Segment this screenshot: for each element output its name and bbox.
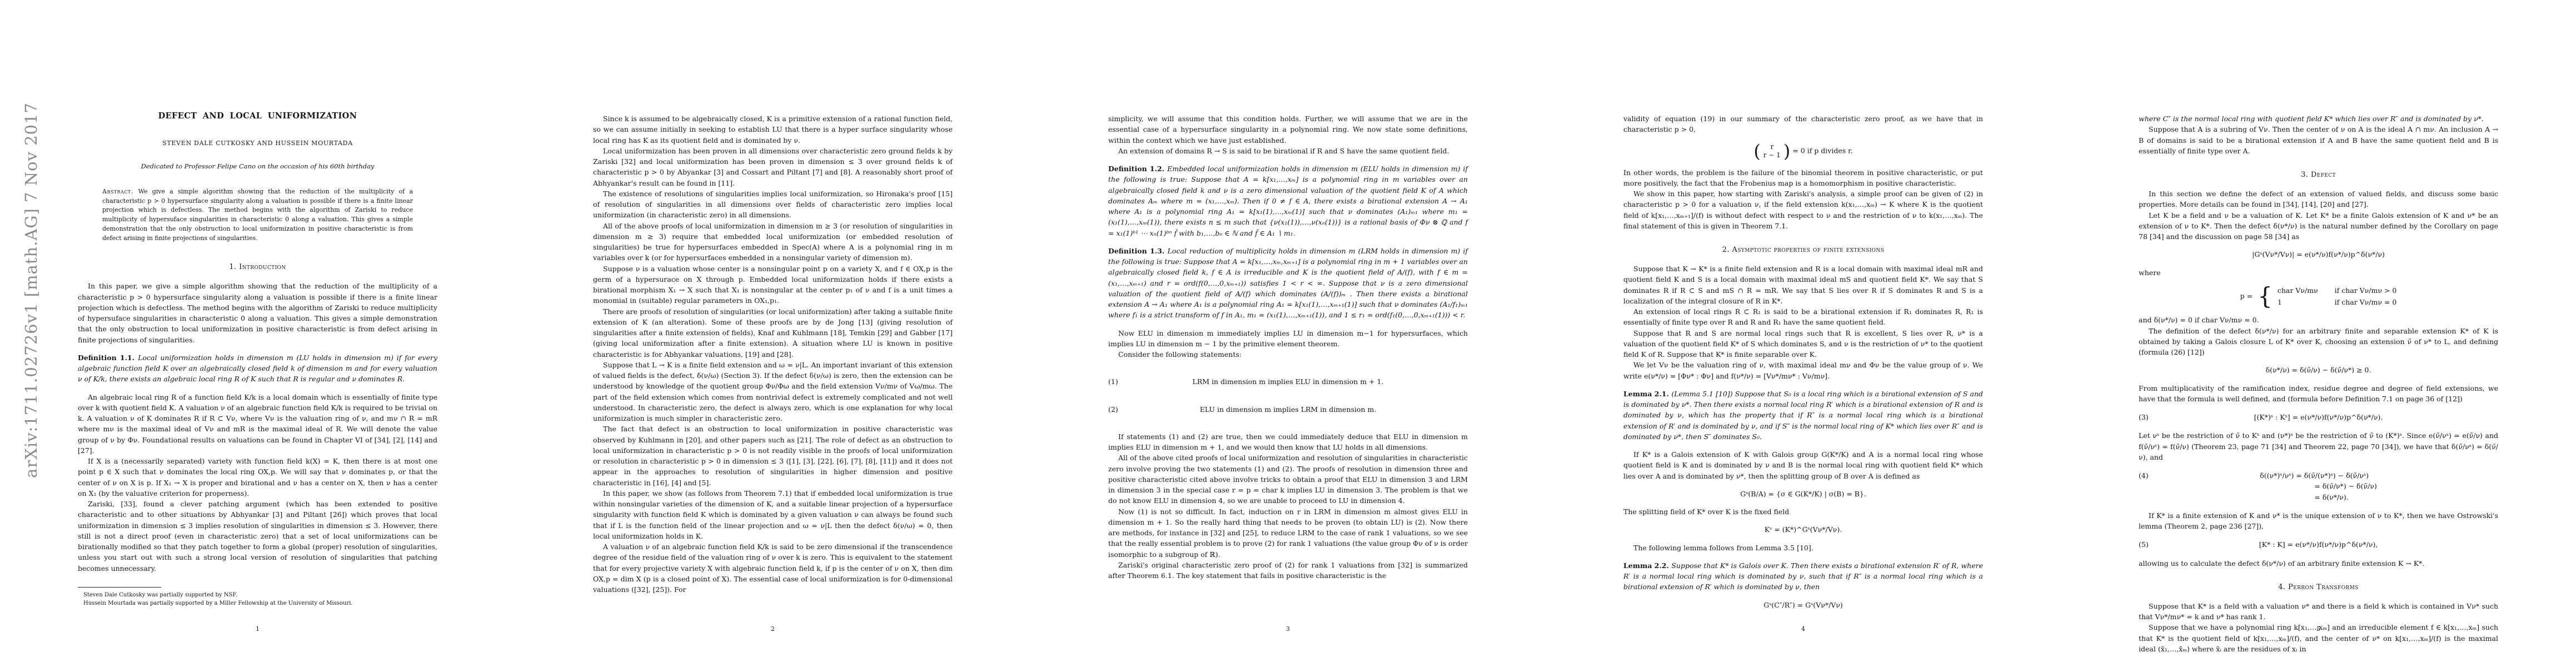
paragraph: Let K be a field and ν be a valuation of… [2139, 210, 2498, 242]
theorem-body: Local reduction of multiplicity holds in… [1108, 247, 1468, 320]
paragraph: Local uniformization has been proven in … [593, 146, 953, 188]
paragraph: An extension of local rings R ⊂ R₁ is sa… [1623, 306, 1983, 328]
paragraph: In this section we define the defect of … [2139, 188, 2498, 210]
page-4: validity of equation (19) in our summary… [1546, 0, 2061, 667]
page-3: simplicity, we will assume that this con… [1030, 0, 1546, 667]
paragraph: Now ELU in dimension m immediately impli… [1108, 328, 1468, 350]
case-condition: if char Vν/mν = 0 [2335, 297, 2397, 307]
display-equation: Kˢ = (K*)^Gˢ(Vν*/Vν). [1623, 524, 1983, 535]
equation-body: [(K*)ˢ : Kˢ] = e(ν*/ν)f(ν*/ν)p^δ(ν*/ν). [2254, 413, 2383, 421]
numbered-equation: (2)ELU in dimension m implies LRM in dim… [1108, 404, 1468, 415]
paragraph-italic: where C″ is the normal local ring with q… [2139, 113, 2498, 124]
paragraph: Suppose ν is a valuation whose center is… [593, 263, 953, 306]
equation-body: ELU in dimension m implies LRM in dimens… [1200, 405, 1377, 414]
paragraph: Consider the following statements: [1108, 349, 1468, 360]
paragraph: We let Vν be the valuation ring of ν, wi… [1623, 360, 1983, 381]
numbered-equation: (1)LRM in dimension m implies ELU in dim… [1108, 376, 1468, 387]
equation-number: (1) [1108, 376, 1118, 387]
paper-dedication: Dedicated to Professor Felipe Cano on th… [78, 162, 437, 172]
paragraph: Suppose that K* is a field with a valuat… [2139, 601, 2498, 623]
screenshot-root: arXiv:1711.02726v1 [math.AG] 7 Nov 2017 … [0, 0, 2576, 667]
paragraph: where [2139, 267, 2498, 278]
section-heading: 2. Asymptotic properties of finite exten… [1623, 245, 1983, 256]
cases-rows: char Vν/mνif char Vν/mν > 01if char Vν/m… [2278, 285, 2396, 308]
equation-line: = δ(ν*/ν). [2260, 492, 2377, 502]
theorem-body: Embedded local uniformization holds in d… [1108, 165, 1468, 237]
paragraph: Suppose that L → K is a finite field ext… [593, 360, 953, 424]
right-paren: ) [1783, 142, 1790, 160]
equation-line: = δ(ν̃/ν*) − δ(ν̃/ν) [2260, 481, 2377, 491]
paragraph: simplicity, we will assume that this con… [1108, 113, 1468, 146]
theorem-body: (Lemma 5.1 [10]) Suppose that S₀ is a lo… [1623, 390, 1983, 441]
page-content: validity of equation (19) in our summary… [1546, 0, 2061, 610]
paragraph: If X is a (necessarily separated) variet… [78, 456, 437, 499]
section-heading: 4. Perron Transforms [2139, 582, 2498, 593]
theorem-block: Definition 1.3. Local reduction of multi… [1108, 246, 1468, 321]
paragraph: All of the above cited proofs of local u… [1108, 452, 1468, 506]
paragraph: validity of equation (19) in our summary… [1623, 113, 1983, 135]
left-paren: ( [1753, 142, 1760, 160]
paragraph: Suppose that A is a subring of Vν. Then … [2139, 124, 2498, 156]
paragraph: An extension of domains R → S is said to… [1108, 146, 1468, 156]
paragraph: We show in this paper, how starting with… [1623, 188, 1983, 231]
page-number: 2 [515, 625, 1030, 633]
paragraph: The fact that defect is an obstruction t… [593, 424, 953, 488]
numbered-equation: (5)[K* : K] = e(ν*/ν)f(ν*/ν)p^δ(ν*/ν), [2139, 539, 2498, 550]
paragraph: If K* is a Galois extension of K with Ga… [1623, 449, 1983, 481]
paragraph: The definition of the defect δ(ν*/ν) for… [2139, 326, 2498, 358]
page-number: 3 [1030, 625, 1546, 633]
paragraph: In other words, the problem is the failu… [1623, 167, 1983, 189]
display-equation: Gˢ(B/A) = {σ ∈ G(K*/K) | σ(B) = B}. [1623, 489, 1983, 499]
equation-body: = 0 if p divides r. [1790, 146, 1852, 155]
paragraph: A valuation ν of an algebraic function f… [593, 541, 953, 595]
left-brace: { [2258, 286, 2273, 306]
theorem-block: Lemma 2.2. Suppose that K* is Galois ove… [1623, 560, 1983, 593]
paragraph: allowing us to calculate the defect δ(ν*… [2139, 558, 2498, 569]
theorem-label: Definition 1.3. [1108, 247, 1168, 255]
paragraph: Since k is assumed to be algebraically c… [593, 113, 953, 146]
theorem-label: Lemma 2.1. [1623, 390, 1671, 398]
footnote: Hussein Mourtada was partially supported… [78, 599, 437, 608]
theorem-label: Lemma 2.2. [1623, 561, 1671, 570]
display-equation: |Gˢ(Vν*/Vν)| = e(ν*/ν)f(ν*/ν)p^δ(ν*/ν) [2139, 249, 2498, 260]
paragraph: Suppose that R and S are normal local ri… [1623, 328, 1983, 360]
numbered-equation: (3)[(K*)ˢ : Kˢ] = e(ν*/ν)f(ν*/ν)p^δ(ν*/ν… [2139, 412, 2498, 422]
paper-authors: STEVEN DALE CUTKOSKY AND HUSSEIN MOURTAD… [78, 139, 437, 148]
cases-wrap: p ={char Vν/mνif char Vν/mν > 01if char … [2240, 285, 2397, 308]
paragraph: If statements (1) and (2) are true, then… [1108, 431, 1468, 453]
paragraph: In this paper, we give a simple algorith… [78, 281, 437, 345]
equation-line: δ((ν*)ˢ/νˢ) = δ(ν̃/(ν*)ˢ) − δ(ν̃/νˢ) [2260, 470, 2377, 481]
paragraph: All of the above proofs of local uniform… [593, 221, 953, 263]
paragraph: Let νˢ be the restriction of ν̃ to Kˢ an… [2139, 430, 2498, 462]
page-content: Since k is assumed to be algebraically c… [515, 0, 1030, 595]
paper-abstract: Abstract. We give a simple algorithm sho… [102, 187, 413, 243]
cases-equation: p ={char Vν/mνif char Vν/mν > 01if char … [2139, 285, 2498, 308]
footnote-rule [78, 587, 161, 588]
abstract-label: Abstract. [102, 188, 138, 195]
paragraph: The splitting field of K* over K is the … [1623, 506, 1983, 517]
page-number: 1 [0, 625, 515, 633]
paragraph: Zariski, [33], found a clever patching a… [78, 499, 437, 574]
footnote: Steven Dale Cutkosky was partially suppo… [78, 591, 437, 600]
equation-number: (3) [2139, 412, 2149, 422]
theorem-block: Definition 1.2. Embedded local uniformiz… [1108, 163, 1468, 238]
paragraph: Zariski's original characteristic zero p… [1108, 560, 1468, 581]
page-content: simplicity, we will assume that this con… [1030, 0, 1546, 581]
equation-lines: δ((ν*)ˢ/νˢ) = δ(ν̃/(ν*)ˢ) − δ(ν̃/νˢ)= δ(… [2260, 470, 2377, 502]
binomial-equation: (rr − 1) = 0 if p divides r. [1623, 142, 1983, 160]
binomial-stack: rr − 1 [1763, 143, 1781, 159]
section-heading: 1. Introduction [78, 262, 437, 273]
paragraph: If K* is a finite extension of K and ν* … [2139, 510, 2498, 532]
binomial-bottom: r − 1 [1763, 151, 1781, 159]
case-condition: if char Vν/mν > 0 [2335, 285, 2397, 296]
theorem-block: Lemma 2.1. (Lemma 5.1 [10]) Suppose that… [1623, 389, 1983, 442]
paragraph: In this paper, we show (as follows from … [593, 488, 953, 541]
aligned-equation: (4)δ((ν*)ˢ/νˢ) = δ(ν̃/(ν*)ˢ) − δ(ν̃/νˢ)=… [2139, 470, 2498, 502]
binomial-coefficient: (rr − 1) [1753, 142, 1790, 160]
equation-number: (2) [1108, 404, 1118, 415]
page-1: DEFECT AND LOCAL UNIFORMIZATIONSTEVEN DA… [0, 0, 515, 667]
equation-number: (5) [2139, 539, 2149, 550]
page-5: where C″ is the normal local ring with q… [2061, 0, 2576, 667]
page-content: DEFECT AND LOCAL UNIFORMIZATIONSTEVEN DA… [0, 0, 515, 608]
theorem-label: Definition 1.2. [1108, 165, 1167, 173]
theorem-block: Definition 1.1. Local uniformization hol… [78, 352, 437, 385]
binomial-top: r [1770, 143, 1773, 151]
equation-body: LRM in dimension m implies ELU in dimens… [1193, 377, 1384, 386]
paragraph: The following lemma follows from Lemma 3… [1623, 542, 1983, 553]
display-equation: Gˢ(C″/R″) = Gˢ(Vν*/Vν) [1623, 600, 1983, 610]
page-number: 4 [1546, 625, 2061, 633]
paragraph: and δ(ν*/ν) = 0 if char Vν/mν = 0. [2139, 315, 2498, 325]
paragraph: The existence of resolutions of singular… [593, 188, 953, 221]
paragraph: Now (1) is not so difficult. In fact, in… [1108, 506, 1468, 560]
theorem-label: Definition 1.1. [78, 354, 138, 362]
page-number: 5 [2061, 625, 2576, 633]
case-value: char Vν/mν [2278, 285, 2318, 296]
case-value: 1 [2278, 297, 2318, 307]
paragraph: Suppose that K → K* is a finite field ex… [1623, 263, 1983, 306]
page-content: where C″ is the normal local ring with q… [2061, 0, 2576, 654]
section-heading: 3. Defect [2139, 170, 2498, 181]
equation-number: (4) [2139, 470, 2149, 481]
paragraph: An algebraic local ring R of a function … [78, 392, 437, 456]
paragraph: There are proofs of resolution of singul… [593, 306, 953, 360]
paper-title: DEFECT AND LOCAL UNIFORMIZATION [78, 110, 437, 122]
equation-lhs: p = [2240, 291, 2253, 301]
page-2: Since k is assumed to be algebraically c… [515, 0, 1030, 667]
equation-body: [K* : K] = e(ν*/ν)f(ν*/ν)p^δ(ν*/ν), [2259, 540, 2378, 549]
display-equation: δ(ν*/ν) = δ(ν̃/ν) − δ(ν̃/ν*) ≥ 0. [2139, 365, 2498, 375]
paragraph: From multiplicativity of the ramificatio… [2139, 383, 2498, 405]
theorem-body: Suppose that K* is Galois over K. Then t… [1623, 561, 1983, 591]
